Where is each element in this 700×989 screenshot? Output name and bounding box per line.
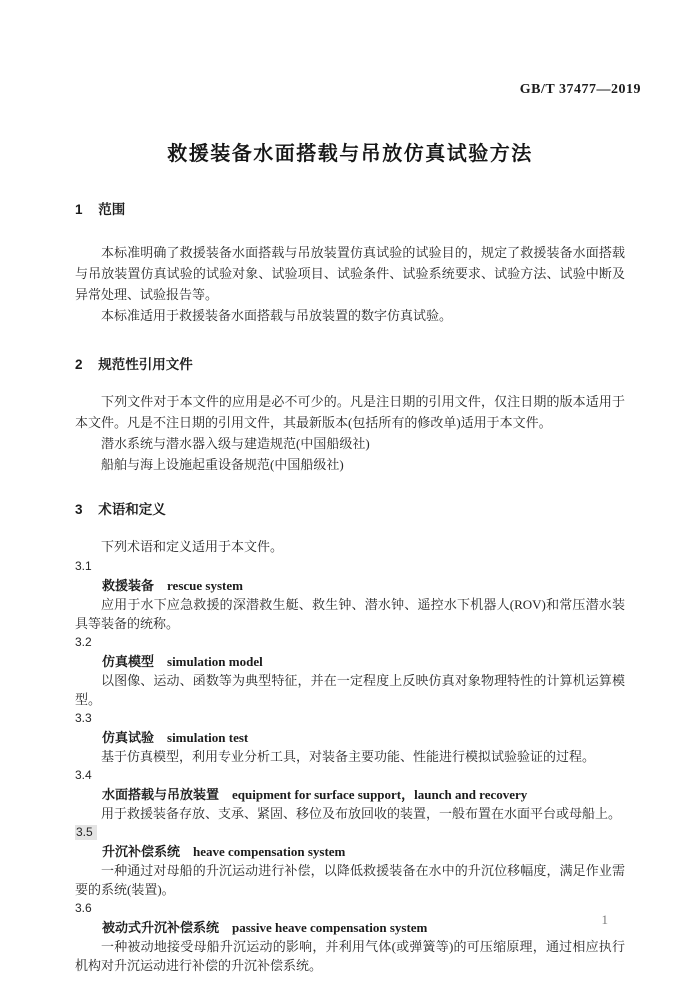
term-definition: 用于救援装备存放、支承、紧固、移位及布放回收的装置，一般布置在水面平台或母船上。 xyxy=(75,804,625,823)
term-name-en: rescue system xyxy=(167,578,243,593)
section-3-title: 术语和定义 xyxy=(98,502,166,517)
term-number: 3.4 xyxy=(75,766,625,785)
normative-reference: 潜水系统与潜水器入级与建造规范(中国船级社) xyxy=(75,433,625,454)
term-definition: 以图像、运动、函数等为典型特征，并在一定程度上反映仿真对象物理特性的计算机运算模… xyxy=(75,671,625,709)
standard-code: GB/T 37477—2019 xyxy=(520,82,641,98)
term-definition: 应用于水下应急救援的深潜救生艇、救生钟、潜水钟、遥控水下机器人(ROV)和常压潜… xyxy=(75,595,625,633)
section-1-title: 范围 xyxy=(98,202,125,217)
term-entry: 3.2 仿真模型simulation model 以图像、运动、函数等为典型特征… xyxy=(75,633,625,709)
section-3-intro: 下列术语和定义适用于本文件。 xyxy=(75,536,625,557)
term-name-zh: 被动式升沉补偿系统 xyxy=(102,920,219,935)
term-entry: 3.6 被动式升沉补偿系统passive heave compensation … xyxy=(75,899,625,975)
term-definition: 基于仿真模型，利用专业分析工具，对装备主要功能、性能进行模拟试验验证的过程。 xyxy=(75,747,625,766)
term-number-highlight: 3.5 xyxy=(75,825,97,840)
term-number-text: 3.3 xyxy=(75,711,92,725)
document-title: 救援装备水面搭载与吊放仿真试验方法 xyxy=(0,137,700,166)
term-entry: 3.1 救援装备rescue system 应用于水下应急救援的深潜救生艇、救生… xyxy=(75,557,625,633)
term-name: 水面搭载与吊放装置equipment for surface support，l… xyxy=(75,785,625,804)
term-name-zh: 升沉补偿系统 xyxy=(102,844,180,859)
section-1-number: 1 xyxy=(75,202,83,217)
term-number-text: 3.6 xyxy=(75,901,92,915)
term-number: 3.1 xyxy=(75,557,625,576)
term-number: 3.5 xyxy=(75,823,625,842)
term-entry: 3.4 水面搭载与吊放装置equipment for surface suppo… xyxy=(75,766,625,823)
document-page: GB/T 37477—2019 救援装备水面搭载与吊放仿真试验方法 1 范围 本… xyxy=(0,0,700,989)
section-3-number: 3 xyxy=(75,502,83,517)
document-body: 1 范围 本标准明确了救援装备水面搭载与吊放装置仿真试验的试验目的，规定了救援装… xyxy=(75,196,625,975)
term-number-text: 3.4 xyxy=(75,768,92,782)
term-entry: 3.3 仿真试验simulation test 基于仿真模型，利用专业分析工具，… xyxy=(75,709,625,766)
normative-reference: 船舶与海上设施起重设备规范(中国船级社) xyxy=(75,454,625,475)
term-number: 3.3 xyxy=(75,709,625,728)
term-name-en: simulation model xyxy=(167,654,263,669)
term-number: 3.2 xyxy=(75,633,625,652)
term-name-zh: 救援装备 xyxy=(102,578,154,593)
term-name: 升沉补偿系统heave compensation system xyxy=(75,842,625,861)
term-definition: 一种通过对母船的升沉运动进行补偿，以降低救援装备在水中的升沉位移幅度，满足作业需… xyxy=(75,861,625,899)
term-name-en: simulation test xyxy=(167,730,248,745)
term-name: 仿真模型simulation model xyxy=(75,652,625,671)
terms-list: 3.1 救援装备rescue system 应用于水下应急救援的深潜救生艇、救生… xyxy=(75,557,625,975)
section-1-paragraph: 本标准明确了救援装备水面搭载与吊放装置仿真试验的试验目的，规定了救援装备水面搭载… xyxy=(75,242,625,305)
term-name: 被动式升沉补偿系统passive heave compensation syst… xyxy=(75,918,625,937)
section-2-title: 规范性引用文件 xyxy=(98,357,193,372)
section-2-heading: 2 规范性引用文件 xyxy=(75,357,625,373)
term-definition: 一种被动地接受母船升沉运动的影响，并利用气体(或弹簧等)的可压缩原理，通过相应执… xyxy=(75,937,625,975)
term-name: 救援装备rescue system xyxy=(75,576,625,595)
term-name: 仿真试验simulation test xyxy=(75,728,625,747)
term-number: 3.6 xyxy=(75,899,625,918)
term-number-text: 3.2 xyxy=(75,635,92,649)
term-name-en: heave compensation system xyxy=(193,844,345,859)
term-number-text: 3.1 xyxy=(75,559,92,573)
term-name-zh: 仿真模型 xyxy=(102,654,154,669)
term-name-en: equipment for surface support，launch and… xyxy=(232,787,527,802)
term-name-zh: 仿真试验 xyxy=(102,730,154,745)
term-entry: 3.5 升沉补偿系统heave compensation system 一种通过… xyxy=(75,823,625,899)
section-1-heading: 1 范围 xyxy=(75,202,625,218)
section-2-paragraph: 下列文件对于本文件的应用是必不可少的。凡是注日期的引用文件，仅注日期的版本适用于… xyxy=(75,391,625,433)
section-1-paragraph: 本标准适用于救援装备水面搭载与吊放装置的数字仿真试验。 xyxy=(75,305,625,326)
section-3-heading: 3 术语和定义 xyxy=(75,502,625,518)
term-name-en: passive heave compensation system xyxy=(232,920,427,935)
term-name-zh: 水面搭载与吊放装置 xyxy=(102,787,219,802)
page-number: 1 xyxy=(602,912,609,928)
section-2-number: 2 xyxy=(75,357,83,372)
